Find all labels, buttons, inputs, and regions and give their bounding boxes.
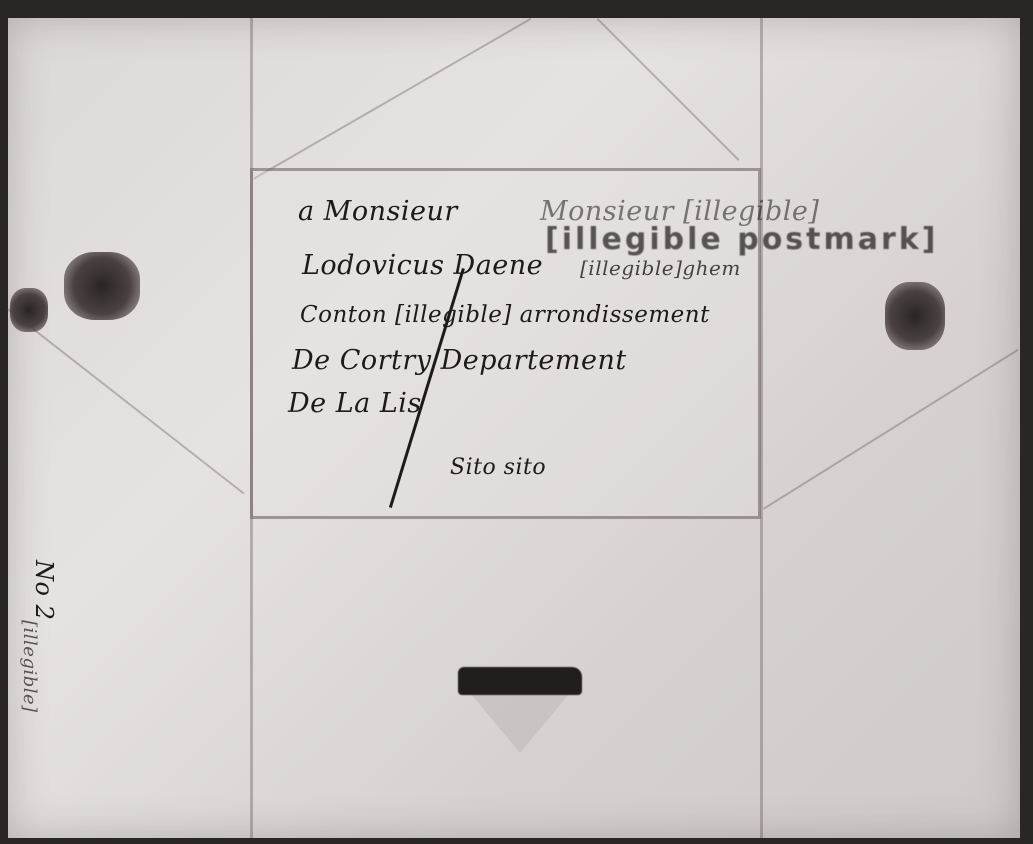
seal-hole-right <box>885 282 945 350</box>
address-line-2: Lodovicus Daene <box>302 250 543 281</box>
address-line-5: De La Lis <box>288 388 422 419</box>
address-line-1: a Monsieur <box>298 196 458 227</box>
seal-hole-edge <box>10 288 48 332</box>
fold-diagonal <box>253 18 531 180</box>
fold-diagonal <box>7 308 245 494</box>
margin-note: No 2 <box>30 560 58 620</box>
address-line-6: Sito sito <box>450 455 546 480</box>
address-line-4: De Cortry Departement <box>292 345 627 376</box>
overwritten-text: Monsieur [illegible] <box>540 196 819 227</box>
wax-seal-paper <box>470 693 570 753</box>
wax-seal <box>458 667 582 695</box>
seal-hole-left <box>64 252 140 320</box>
address-line-3: Conton [illegible] arrondissement <box>300 302 710 328</box>
fold-diagonal <box>763 349 1018 510</box>
addressee-suffix: [illegible]ghem <box>580 256 741 280</box>
margin-marks: [illegible] <box>19 620 40 713</box>
postal-stamp: [illegible postmark] <box>545 222 938 257</box>
fold-diagonal <box>597 18 740 161</box>
